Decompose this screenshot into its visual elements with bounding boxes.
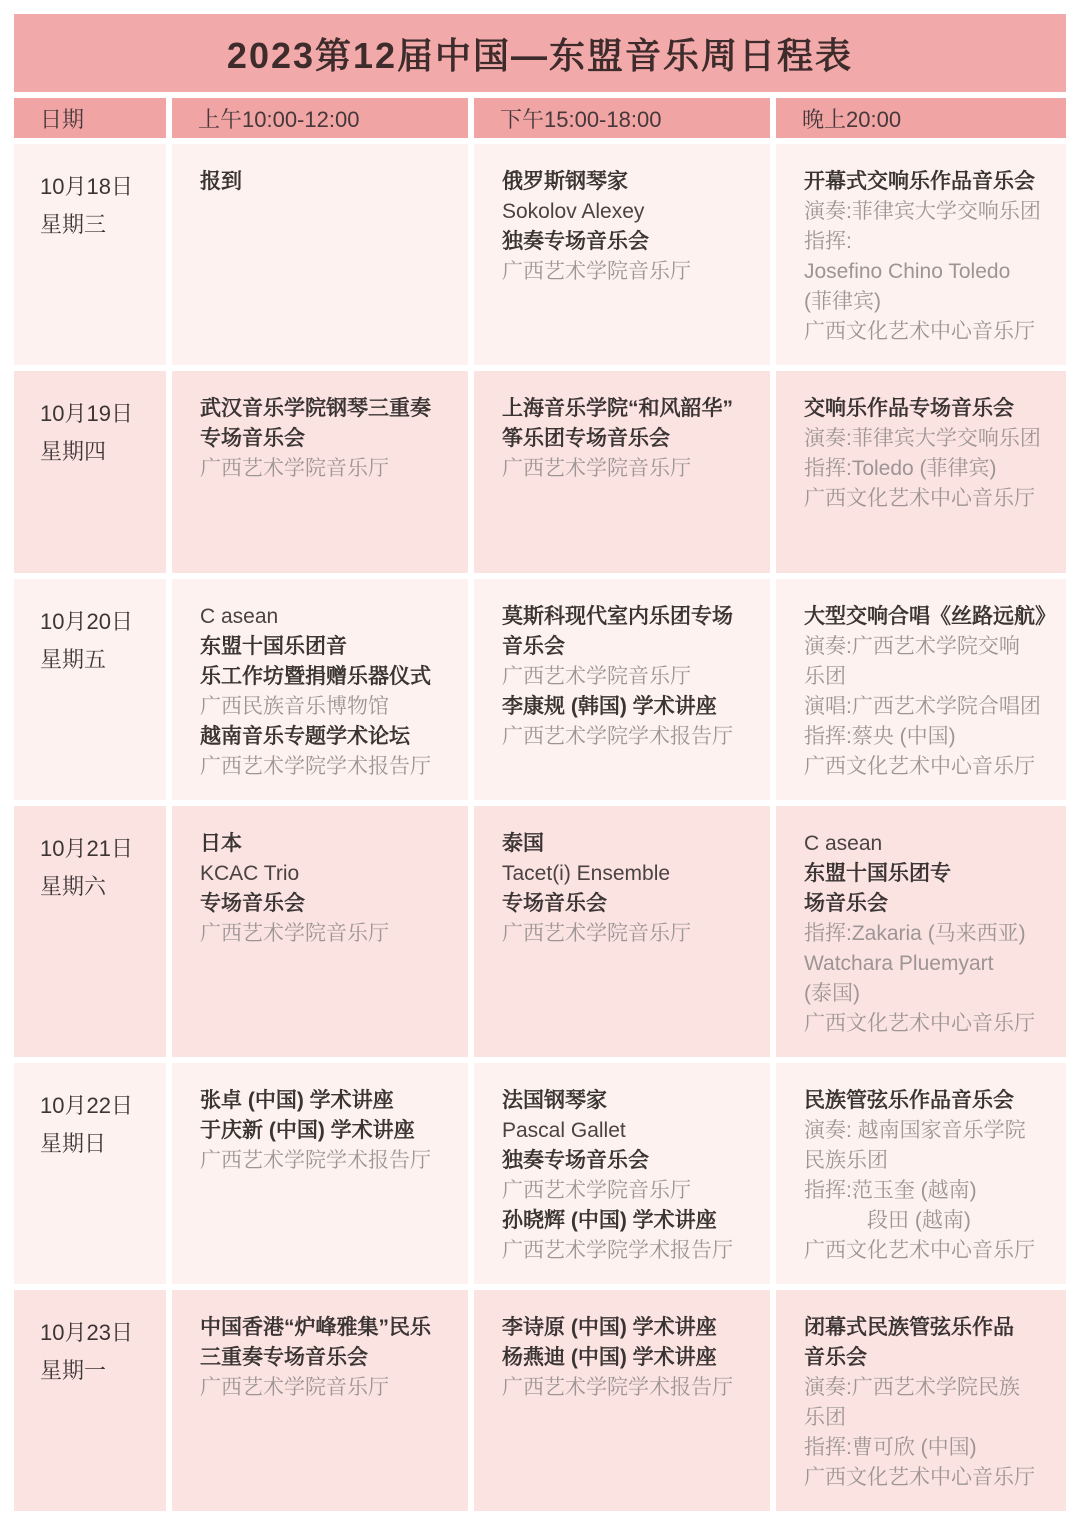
page-title: 2023第12届中国—东盟音乐周日程表 bbox=[14, 14, 1066, 92]
evening-cell: 闭幕式民族管弦乐作品音乐会演奏:广西艺术学院民族乐团指挥:曹可欣 (中国)广西文… bbox=[776, 1290, 1066, 1511]
table-row: 10月22日星期日张卓 (中国) 学术讲座于庆新 (中国) 学术讲座广西艺术学院… bbox=[14, 1063, 1066, 1284]
text-segment: 莫斯科现代室内乐团专场 bbox=[502, 602, 764, 632]
text-segment: Watchara Pluemyart bbox=[804, 949, 1060, 979]
text-segment: 专场音乐会 bbox=[502, 889, 764, 919]
text-segment: 广西艺术学院音乐厅 bbox=[502, 454, 764, 484]
evening-cell: 开幕式交响乐作品音乐会演奏:菲律宾大学交响乐团指挥:Josefino Chino… bbox=[776, 144, 1066, 365]
event-line: 杨燕迪 (中国) 学术讲座 bbox=[502, 1343, 764, 1373]
text-segment: 广西艺术学院音乐厅 bbox=[200, 1373, 462, 1403]
text-segment: Tacet(i) Ensemble bbox=[502, 859, 764, 889]
text-segment: 音乐会 bbox=[502, 632, 764, 662]
text-segment: C asean bbox=[804, 829, 1060, 859]
event-line: Josefino Chino Toledo bbox=[804, 257, 1060, 287]
event-line: 李诗原 (中国) 学术讲座 bbox=[502, 1313, 764, 1343]
text-segment: 中国香港“炉峰雅集”民乐 bbox=[200, 1313, 462, 1343]
text-segment: 广西艺术学院学术报告厅 bbox=[502, 1373, 764, 1403]
text-segment: 广西文化艺术中心音乐厅 bbox=[804, 1009, 1060, 1039]
evening-cell: 大型交响合唱《丝路远航》演奏:广西艺术学院交响乐团演唱:广西艺术学院合唱团指挥:… bbox=[776, 579, 1066, 800]
date-line: 星期三 bbox=[40, 206, 158, 244]
afternoon-cell: 莫斯科现代室内乐团专场音乐会广西艺术学院音乐厅李康规 (韩国) 学术讲座广西艺术… bbox=[474, 579, 770, 800]
event-line: 广西艺术学院学术报告厅 bbox=[200, 752, 462, 782]
table-row: 10月23日星期一中国香港“炉峰雅集”民乐三重奏专场音乐会广西艺术学院音乐厅李诗… bbox=[14, 1290, 1066, 1511]
text-segment: 演奏:菲律宾大学交响乐团 bbox=[804, 197, 1060, 227]
event-line: 专场音乐会 bbox=[502, 889, 764, 919]
event-line: 广西民族音乐博物馆 bbox=[200, 692, 462, 722]
text-segment: 广西文化艺术中心音乐厅 bbox=[804, 317, 1060, 347]
text-segment: 筝乐团专场音乐会 bbox=[502, 424, 764, 454]
event-line: 中国香港“炉峰雅集”民乐 bbox=[200, 1313, 462, 1343]
event-line: 武汉音乐学院钢琴三重奏 bbox=[200, 394, 462, 424]
event-line: 广西文化艺术中心音乐厅 bbox=[804, 484, 1060, 514]
date-line: 10月21日 bbox=[40, 830, 158, 868]
text-segment: 演唱:广西艺术学院合唱团 bbox=[804, 692, 1060, 722]
date-cell: 10月23日星期一 bbox=[14, 1290, 166, 1511]
text-segment: 音乐会 bbox=[804, 1343, 1060, 1373]
date-line: 10月18日 bbox=[40, 168, 158, 206]
event-line: 演奏:广西艺术学院民族 bbox=[804, 1373, 1060, 1403]
event-line: 广西文化艺术中心音乐厅 bbox=[804, 317, 1060, 347]
event-line: 独奏专场音乐会 bbox=[502, 1146, 764, 1176]
event-line: 指挥:Zakaria (马来西亚) bbox=[804, 919, 1060, 949]
text-segment: 广西文化艺术中心音乐厅 bbox=[804, 484, 1060, 514]
event-line: 三重奏专场音乐会 bbox=[200, 1343, 462, 1373]
text-segment: 指挥:蔡央 (中国) bbox=[804, 722, 1060, 752]
text-segment: (菲律宾) bbox=[804, 287, 1060, 317]
text-segment: 交响乐作品专场音乐会 bbox=[804, 394, 1060, 424]
text-segment: 指挥:Toledo (菲律宾) bbox=[804, 454, 1060, 484]
text-segment: 指挥:曹可欣 (中国) bbox=[804, 1433, 1060, 1463]
event-line: 乐团 bbox=[804, 662, 1060, 692]
text-segment: KCAC Trio bbox=[200, 859, 462, 889]
event-line: 指挥:范玉奎 (越南) bbox=[804, 1176, 1060, 1206]
schedule-page: 2023第12届中国—东盟音乐周日程表 日期 上午10:00-12:00 下午1… bbox=[0, 0, 1080, 1535]
text-segment: 闭幕式民族管弦乐作品 bbox=[804, 1313, 1060, 1343]
morning-cell: 报到 bbox=[172, 144, 468, 365]
text-segment: 段田 (越南) bbox=[804, 1206, 1060, 1236]
date-cell: 10月21日星期六 bbox=[14, 806, 166, 1057]
afternoon-cell: 上海音乐学院“和风韶华”筝乐团专场音乐会广西艺术学院音乐厅 bbox=[474, 371, 770, 573]
morning-cell: 张卓 (中国) 学术讲座于庆新 (中国) 学术讲座广西艺术学院学术报告厅 bbox=[172, 1063, 468, 1284]
event-line: 指挥:Toledo (菲律宾) bbox=[804, 454, 1060, 484]
date-line: 星期一 bbox=[40, 1352, 158, 1390]
event-line: 越南音乐专题学术论坛 bbox=[200, 722, 462, 752]
event-line: 广西文化艺术中心音乐厅 bbox=[804, 752, 1060, 782]
evening-cell: 民族管弦乐作品音乐会演奏: 越南国家音乐学院民族乐团指挥:范玉奎 (越南) 段田… bbox=[776, 1063, 1066, 1284]
afternoon-cell: 法国钢琴家Pascal Gallet独奏专场音乐会广西艺术学院音乐厅孙晓辉 (中… bbox=[474, 1063, 770, 1284]
event-line: 广西艺术学院音乐厅 bbox=[200, 1373, 462, 1403]
event-line: 广西艺术学院音乐厅 bbox=[502, 257, 764, 287]
date-line: 10月22日 bbox=[40, 1087, 158, 1125]
event-line: 日本KCAC Trio专场音乐会 bbox=[200, 829, 462, 919]
text-segment: 乐团 bbox=[804, 662, 1060, 692]
date-line: 星期四 bbox=[40, 433, 158, 471]
text-segment: 乐工作坊暨捐赠乐器仪式 bbox=[200, 662, 462, 692]
text-segment: 独奏专场音乐会 bbox=[502, 1146, 764, 1176]
event-line: 广西艺术学院学术报告厅 bbox=[502, 722, 764, 752]
event-line: 开幕式交响乐作品音乐会 bbox=[804, 167, 1060, 197]
text-segment: 演奏:菲律宾大学交响乐团 bbox=[804, 424, 1060, 454]
event-line: 民族乐团 bbox=[804, 1146, 1060, 1176]
text-segment: 乐团 bbox=[804, 1403, 1060, 1433]
event-line: C asean东盟十国乐团音 bbox=[200, 602, 462, 662]
event-line: 闭幕式民族管弦乐作品 bbox=[804, 1313, 1060, 1343]
text-segment: 专场音乐会 bbox=[200, 424, 462, 454]
text-segment: 广西艺术学院音乐厅 bbox=[200, 454, 462, 484]
date-line: 10月20日 bbox=[40, 603, 158, 641]
date-line: 10月19日 bbox=[40, 395, 158, 433]
date-line: 星期五 bbox=[40, 641, 158, 679]
evening-cell: C asean东盟十国乐团专场音乐会指挥:Zakaria (马来西亚)Watch… bbox=[776, 806, 1066, 1057]
date-cell: 10月22日星期日 bbox=[14, 1063, 166, 1284]
text-segment: Pascal Gallet bbox=[502, 1116, 764, 1146]
table-body: 10月18日星期三报到俄罗斯钢琴家Sokolov Alexey独奏专场音乐会广西… bbox=[14, 144, 1066, 1511]
table-row: 10月21日星期六日本KCAC Trio专场音乐会广西艺术学院音乐厅泰国Tace… bbox=[14, 806, 1066, 1057]
event-line: 李康规 (韩国) 学术讲座 bbox=[502, 692, 764, 722]
afternoon-cell: 李诗原 (中国) 学术讲座杨燕迪 (中国) 学术讲座广西艺术学院学术报告厅 bbox=[474, 1290, 770, 1511]
event-line: 音乐会 bbox=[502, 632, 764, 662]
event-line: Watchara Pluemyart bbox=[804, 949, 1060, 979]
date-line: 星期六 bbox=[40, 868, 158, 906]
morning-cell: 日本KCAC Trio专场音乐会广西艺术学院音乐厅 bbox=[172, 806, 468, 1057]
header-cell-afternoon: 下午15:00-18:00 bbox=[474, 98, 770, 138]
event-line: C asean东盟十国乐团专 bbox=[804, 829, 1060, 889]
event-line: 演奏:广西艺术学院交响 bbox=[804, 632, 1060, 662]
text-segment: 广西艺术学院学术报告厅 bbox=[502, 722, 764, 752]
event-line: 广西艺术学院学术报告厅 bbox=[502, 1373, 764, 1403]
event-line: 筝乐团专场音乐会 bbox=[502, 424, 764, 454]
event-line: 演奏: 越南国家音乐学院 bbox=[804, 1116, 1060, 1146]
text-segment: 东盟十国乐团专 bbox=[804, 859, 1060, 889]
text-segment: 大型交响合唱《丝路远航》 bbox=[804, 602, 1060, 632]
table-header: 日期 上午10:00-12:00 下午15:00-18:00 晚上20:00 bbox=[14, 98, 1066, 138]
text-segment: C asean bbox=[200, 602, 462, 632]
text-segment: 东盟十国乐团音 bbox=[200, 632, 462, 662]
event-line: 广西艺术学院音乐厅 bbox=[200, 454, 462, 484]
event-line: (菲律宾) bbox=[804, 287, 1060, 317]
text-segment: 指挥:范玉奎 (越南) bbox=[804, 1176, 1060, 1206]
morning-cell: 中国香港“炉峰雅集”民乐三重奏专场音乐会广西艺术学院音乐厅 bbox=[172, 1290, 468, 1511]
text-segment: 广西艺术学院音乐厅 bbox=[502, 662, 764, 692]
text-segment: 广西文化艺术中心音乐厅 bbox=[804, 752, 1060, 782]
text-segment: 广西民族音乐博物馆 bbox=[200, 692, 462, 722]
text-segment: 广西艺术学院音乐厅 bbox=[502, 257, 764, 287]
text-segment: 开幕式交响乐作品音乐会 bbox=[804, 167, 1060, 197]
event-line: 广西艺术学院学术报告厅 bbox=[200, 1146, 462, 1176]
text-segment: 杨燕迪 (中国) 学术讲座 bbox=[502, 1343, 764, 1373]
event-line: 广西艺术学院学术报告厅 bbox=[502, 1236, 764, 1266]
text-segment: 李诗原 (中国) 学术讲座 bbox=[502, 1313, 764, 1343]
text-segment: 于庆新 (中国) 学术讲座 bbox=[200, 1116, 462, 1146]
event-line: 广西文化艺术中心音乐厅 bbox=[804, 1236, 1060, 1266]
afternoon-cell: 俄罗斯钢琴家Sokolov Alexey独奏专场音乐会广西艺术学院音乐厅 bbox=[474, 144, 770, 365]
date-line: 10月23日 bbox=[40, 1314, 158, 1352]
text-segment: 广西艺术学院学术报告厅 bbox=[200, 1146, 462, 1176]
event-line: 场音乐会 bbox=[804, 889, 1060, 919]
event-line: 演奏:菲律宾大学交响乐团 bbox=[804, 197, 1060, 227]
text-segment: 广西艺术学院音乐厅 bbox=[502, 1176, 764, 1206]
event-line: 广西艺术学院音乐厅 bbox=[502, 1176, 764, 1206]
text-segment: 民族乐团 bbox=[804, 1146, 1060, 1176]
text-segment: 李康规 (韩国) 学术讲座 bbox=[502, 692, 764, 722]
event-line: 指挥:蔡央 (中国) bbox=[804, 722, 1060, 752]
event-line: 俄罗斯钢琴家 bbox=[502, 167, 764, 197]
text-segment: 俄罗斯钢琴家 bbox=[502, 167, 764, 197]
header-cell-date: 日期 bbox=[14, 98, 166, 138]
event-line: Sokolov Alexey bbox=[502, 197, 764, 227]
event-line: 民族管弦乐作品音乐会 bbox=[804, 1086, 1060, 1116]
text-segment: 指挥: bbox=[804, 227, 1060, 257]
text-segment: 演奏:广西艺术学院交响 bbox=[804, 632, 1060, 662]
event-line: 报到 bbox=[200, 167, 462, 197]
event-line: 段田 (越南) bbox=[804, 1206, 1060, 1236]
text-segment: 三重奏专场音乐会 bbox=[200, 1343, 462, 1373]
event-line: 莫斯科现代室内乐团专场 bbox=[502, 602, 764, 632]
text-segment: 报到 bbox=[200, 167, 462, 197]
event-line: 指挥: bbox=[804, 227, 1060, 257]
event-line: 张卓 (中国) 学术讲座 bbox=[200, 1086, 462, 1116]
event-line: 广西艺术学院音乐厅 bbox=[200, 919, 462, 949]
text-segment: 民族管弦乐作品音乐会 bbox=[804, 1086, 1060, 1116]
event-line: 泰国Tacet(i) Ensemble bbox=[502, 829, 764, 889]
text-segment: 武汉音乐学院钢琴三重奏 bbox=[200, 394, 462, 424]
table-row: 10月19日星期四武汉音乐学院钢琴三重奏专场音乐会广西艺术学院音乐厅上海音乐学院… bbox=[14, 371, 1066, 573]
event-line: 乐团 bbox=[804, 1403, 1060, 1433]
date-line: 星期日 bbox=[40, 1125, 158, 1163]
text-segment: 越南音乐专题学术论坛 bbox=[200, 722, 462, 752]
text-segment: 孙晓辉 (中国) 学术讲座 bbox=[502, 1206, 764, 1236]
event-line: 广西艺术学院音乐厅 bbox=[502, 919, 764, 949]
text-segment: 法国钢琴家 bbox=[502, 1086, 764, 1116]
text-segment: 广西艺术学院音乐厅 bbox=[502, 919, 764, 949]
text-segment: 广西文化艺术中心音乐厅 bbox=[804, 1463, 1060, 1493]
event-line: 广西文化艺术中心音乐厅 bbox=[804, 1463, 1060, 1493]
event-line: 大型交响合唱《丝路远航》 bbox=[804, 602, 1060, 632]
text-segment: Sokolov Alexey bbox=[502, 197, 764, 227]
event-line: 广西文化艺术中心音乐厅 bbox=[804, 1009, 1060, 1039]
event-line: 专场音乐会 bbox=[200, 424, 462, 454]
afternoon-cell: 泰国Tacet(i) Ensemble专场音乐会广西艺术学院音乐厅 bbox=[474, 806, 770, 1057]
event-line: 演唱:广西艺术学院合唱团 bbox=[804, 692, 1060, 722]
event-line: 交响乐作品专场音乐会 bbox=[804, 394, 1060, 424]
header-cell-morning: 上午10:00-12:00 bbox=[172, 98, 468, 138]
event-line: 孙晓辉 (中国) 学术讲座 bbox=[502, 1206, 764, 1236]
text-segment: 广西艺术学院音乐厅 bbox=[200, 919, 462, 949]
text-segment: 广西艺术学院学术报告厅 bbox=[200, 752, 462, 782]
evening-cell: 交响乐作品专场音乐会演奏:菲律宾大学交响乐团指挥:Toledo (菲律宾)广西文… bbox=[776, 371, 1066, 573]
text-segment: 专场音乐会 bbox=[200, 889, 462, 919]
date-cell: 10月18日星期三 bbox=[14, 144, 166, 365]
morning-cell: C asean东盟十国乐团音乐工作坊暨捐赠乐器仪式广西民族音乐博物馆越南音乐专题… bbox=[172, 579, 468, 800]
event-line: 指挥:曹可欣 (中国) bbox=[804, 1433, 1060, 1463]
event-line: (泰国) bbox=[804, 979, 1060, 1009]
morning-cell: 武汉音乐学院钢琴三重奏专场音乐会广西艺术学院音乐厅 bbox=[172, 371, 468, 573]
event-line: 广西艺术学院音乐厅 bbox=[502, 454, 764, 484]
text-segment: 场音乐会 bbox=[804, 889, 1060, 919]
text-segment: 独奏专场音乐会 bbox=[502, 227, 764, 257]
text-segment: 上海音乐学院“和风韶华” bbox=[502, 394, 764, 424]
text-segment: 指挥:Zakaria (马来西亚) bbox=[804, 919, 1060, 949]
event-line: 广西艺术学院音乐厅 bbox=[502, 662, 764, 692]
event-line: 演奏:菲律宾大学交响乐团 bbox=[804, 424, 1060, 454]
text-segment: 演奏:广西艺术学院民族 bbox=[804, 1373, 1060, 1403]
text-segment: 演奏: 越南国家音乐学院 bbox=[804, 1116, 1060, 1146]
header-cell-evening: 晚上20:00 bbox=[776, 98, 1066, 138]
text-segment: (泰国) bbox=[804, 979, 1060, 1009]
event-line: 乐工作坊暨捐赠乐器仪式 bbox=[200, 662, 462, 692]
event-line: 独奏专场音乐会 bbox=[502, 227, 764, 257]
text-segment: 广西艺术学院学术报告厅 bbox=[502, 1236, 764, 1266]
text-segment: 广西文化艺术中心音乐厅 bbox=[804, 1236, 1060, 1266]
text-segment: 泰国 bbox=[502, 829, 764, 859]
event-line: 于庆新 (中国) 学术讲座 bbox=[200, 1116, 462, 1146]
date-cell: 10月20日星期五 bbox=[14, 579, 166, 800]
event-line: 上海音乐学院“和风韶华” bbox=[502, 394, 764, 424]
text-segment: 张卓 (中国) 学术讲座 bbox=[200, 1086, 462, 1116]
table-row: 10月18日星期三报到俄罗斯钢琴家Sokolov Alexey独奏专场音乐会广西… bbox=[14, 144, 1066, 365]
date-cell: 10月19日星期四 bbox=[14, 371, 166, 573]
event-line: 音乐会 bbox=[804, 1343, 1060, 1373]
text-segment: 日本 bbox=[200, 829, 462, 859]
event-line: 法国钢琴家Pascal Gallet bbox=[502, 1086, 764, 1146]
text-segment: Josefino Chino Toledo bbox=[804, 257, 1060, 287]
table-row: 10月20日星期五C asean东盟十国乐团音乐工作坊暨捐赠乐器仪式广西民族音乐… bbox=[14, 579, 1066, 800]
